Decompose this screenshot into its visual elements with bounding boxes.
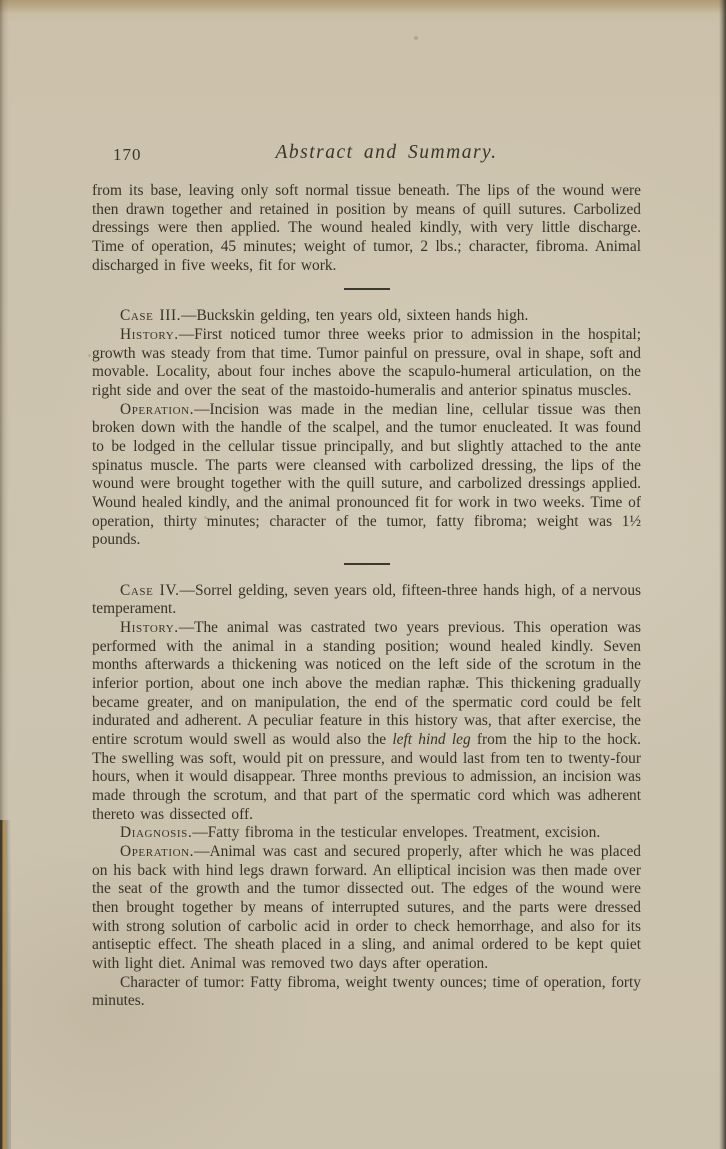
section-divider-2	[344, 563, 390, 565]
page-right-edge	[719, 0, 726, 1149]
text-segment: —The animal was castrated two years prev…	[92, 619, 641, 748]
section-label: History.	[120, 619, 179, 636]
text-segment: —Animal was cast and secured properly, a…	[92, 843, 641, 972]
paragraph-case-iv-operation: Operation.—Animal was cast and secured p…	[92, 843, 641, 974]
section-divider-1	[344, 288, 390, 290]
running-title: Abstract and Summary.	[92, 142, 641, 164]
section-label: Case III.	[120, 307, 181, 324]
text-column: from its base, leaving only soft normal …	[92, 182, 641, 1011]
section-label: Case IV.	[120, 582, 180, 599]
page-number: 170	[113, 145, 142, 165]
text-segment: Character of tumor: Fatty fibroma, weigh…	[92, 974, 641, 1010]
section-label: Operation.	[120, 843, 194, 860]
page-binding-edge-lower	[0, 820, 11, 1149]
content-area: 170 Abstract and Summary. from its base,…	[92, 142, 641, 1011]
paragraph-case-iii-operation: Operation.—Incision was made in the medi…	[92, 401, 641, 550]
paragraph-case-iv: Case IV.—Sorrel gelding, seven years old…	[92, 582, 641, 619]
section-label: Diagnosis.	[120, 824, 192, 841]
paragraph-tumor-character: Character of tumor: Fatty fibroma, weigh…	[92, 974, 641, 1011]
text-segment: —Incision was made in the median line, c…	[92, 401, 641, 549]
paragraph-case-iv-diagnosis: Diagnosis.—Fatty fibroma in the testicul…	[92, 824, 641, 843]
page-header: 170 Abstract and Summary.	[92, 142, 641, 182]
text-segment: —Buckskin gelding, ten years old, sixtee…	[181, 307, 528, 324]
book-page-scan: 170 Abstract and Summary. from its base,…	[0, 0, 726, 1149]
section-label: History.	[120, 326, 179, 343]
text-segment: from its base, leaving only soft normal …	[92, 182, 641, 274]
foxing-spot	[414, 36, 418, 40]
page-top-edge	[0, 0, 726, 14]
paragraph-case-iii-history: History.—First noticed tumor three weeks…	[92, 326, 641, 401]
paragraph-case-iii: Case III.—Buckskin gelding, ten years ol…	[92, 307, 641, 326]
paragraph-continuation: from its base, leaving only soft normal …	[92, 182, 641, 275]
text-segment: —Fatty fibroma in the testicular envelop…	[192, 824, 600, 841]
section-label: Operation.	[120, 401, 194, 418]
foxing-spot	[88, 354, 91, 357]
paragraph-case-iv-history: History.—The animal was castrated two ye…	[92, 619, 641, 824]
text-segment: left hind leg	[392, 731, 470, 748]
